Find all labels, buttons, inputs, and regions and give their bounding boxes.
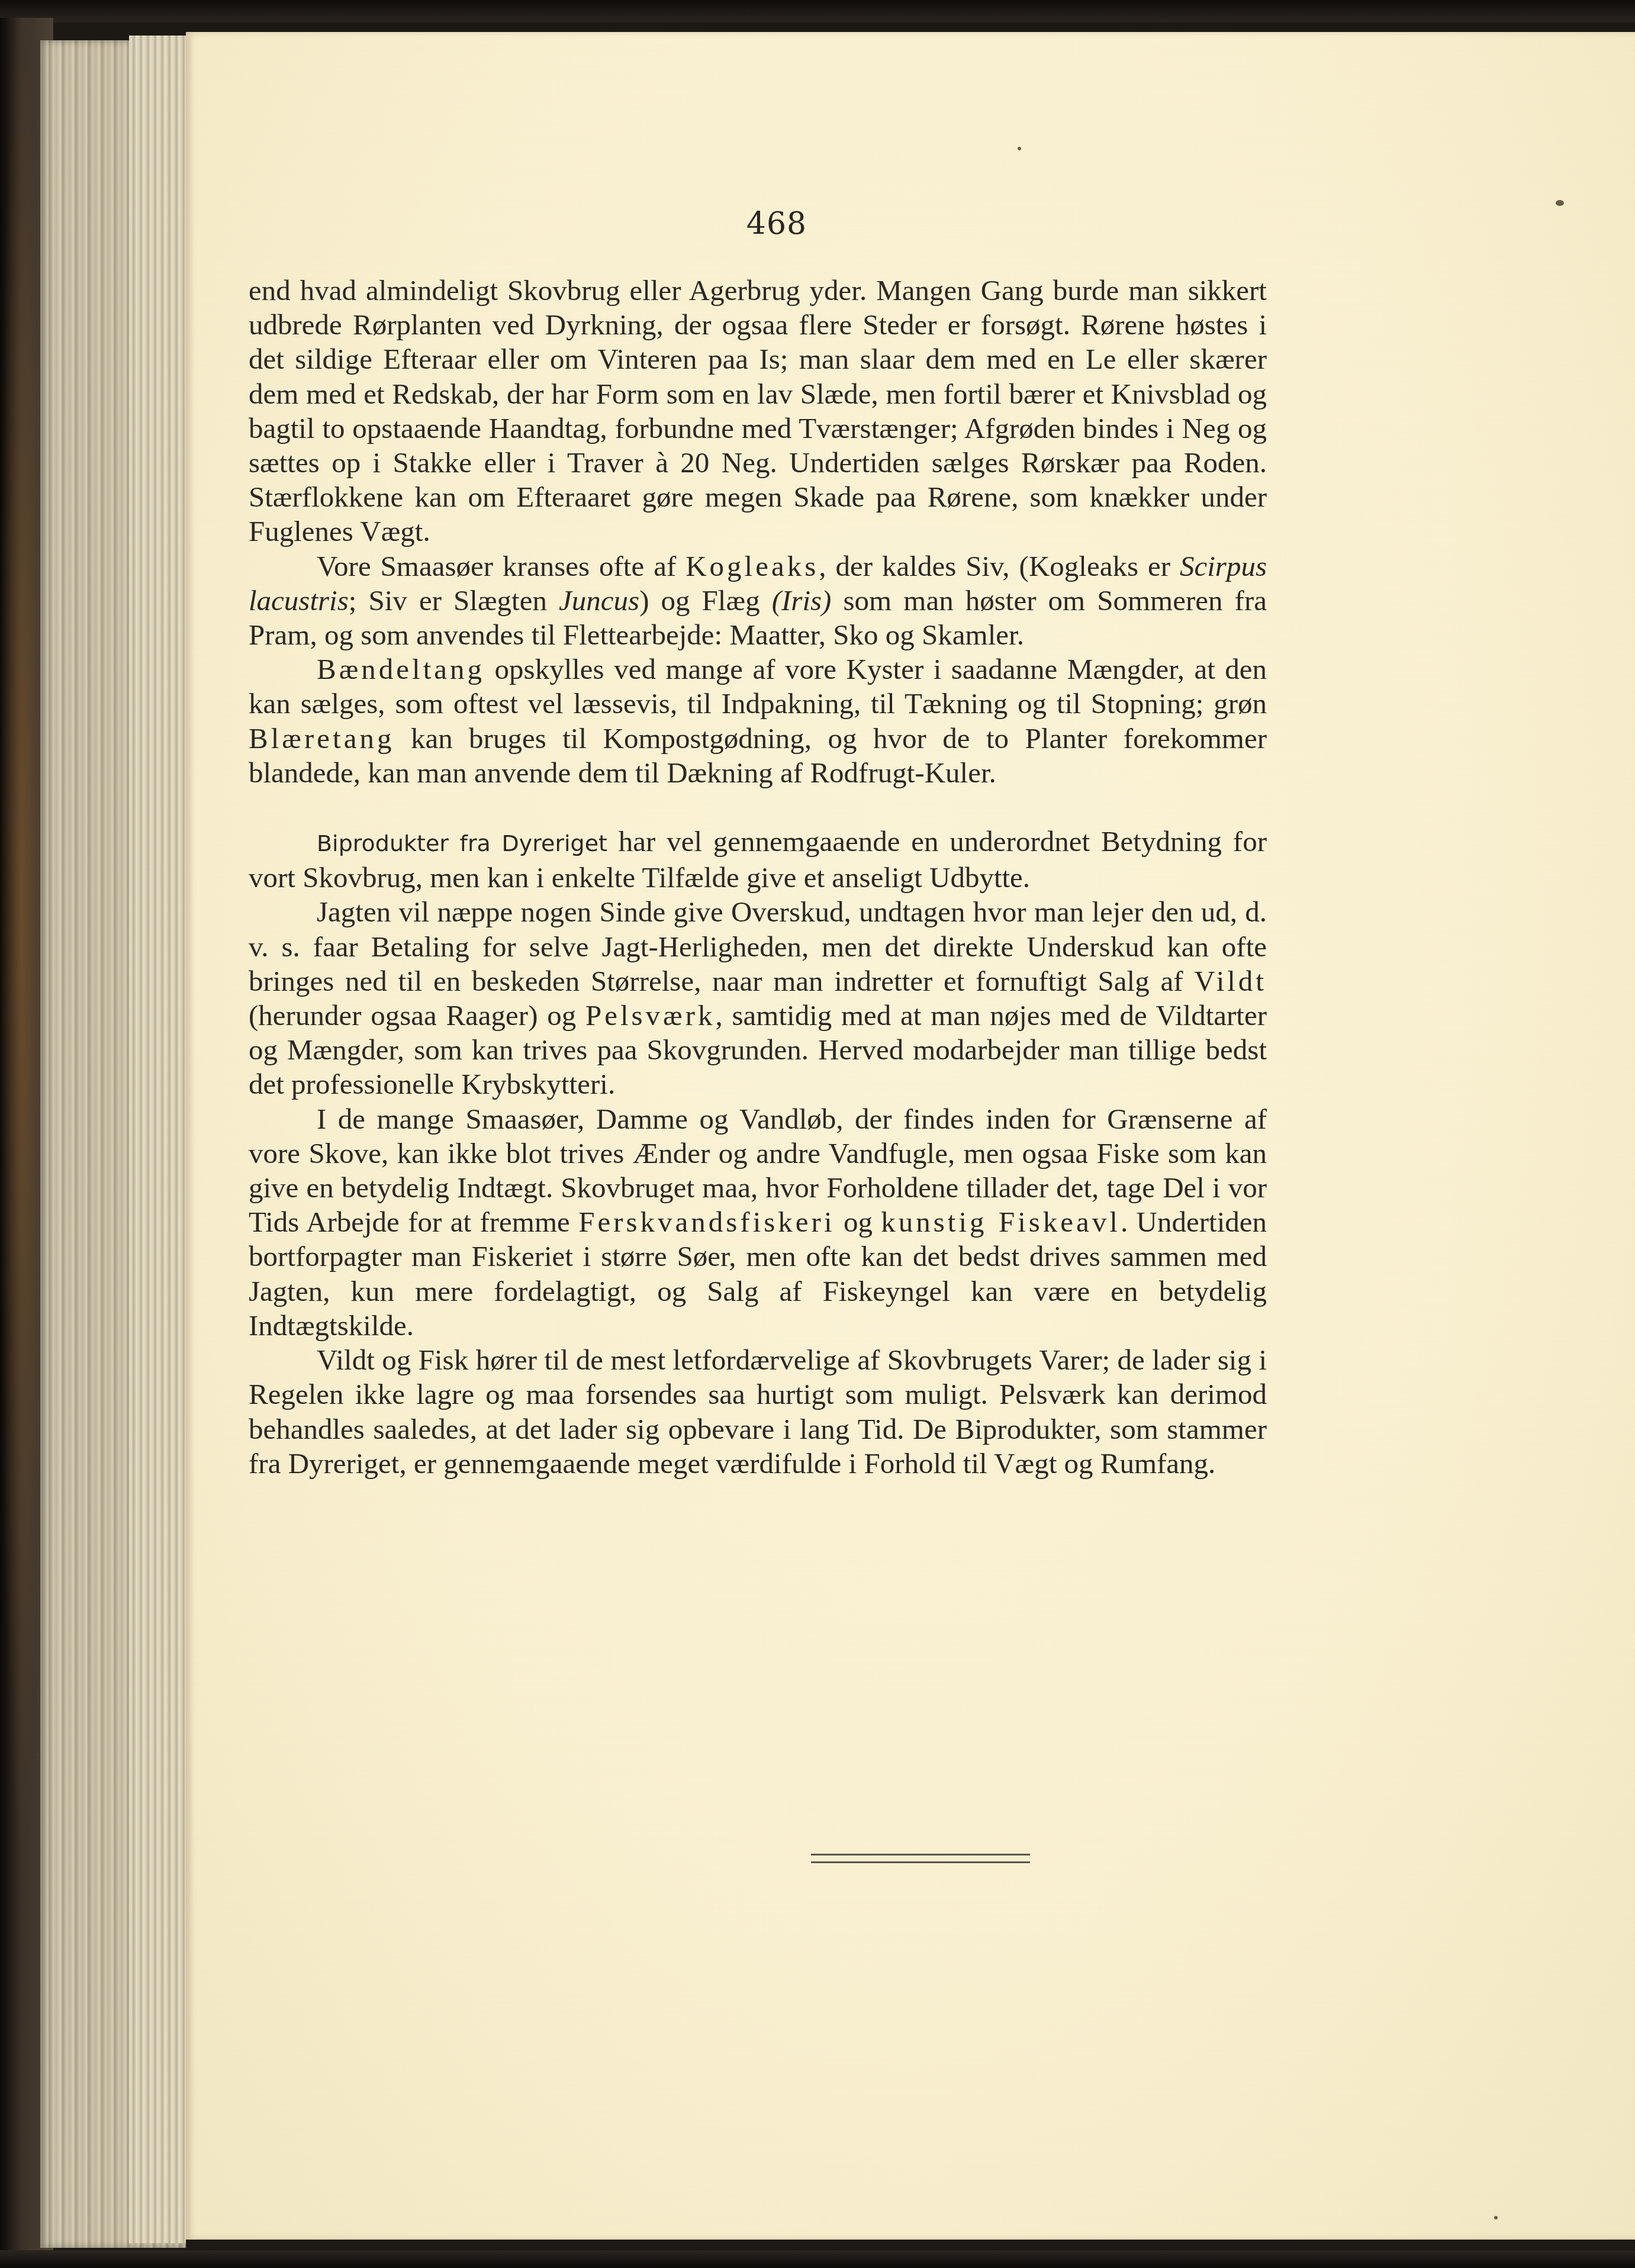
text-segment: end hvad almindeligt Skovbrug eller Ager… <box>249 274 1267 547</box>
page-number: 468 <box>729 206 824 241</box>
emphasized-term: Blæretang <box>249 722 394 755</box>
emphasized-term: Kogleaks <box>685 550 819 582</box>
paragraph-p7: Vildt og Fisk hører til de mest letfordæ… <box>249 1343 1267 1481</box>
text-segment: Vore Smaasøer kranses ofte af <box>317 550 685 582</box>
paragraph-p1: end hvad almindeligt Skovbrug eller Ager… <box>249 273 1267 549</box>
page-stack-front-edges <box>129 36 186 2243</box>
text-segment: ) og Flæg <box>639 584 772 617</box>
paper-speck <box>1018 147 1021 150</box>
text-segment: Vildt og Fisk hører til de mest letfordæ… <box>249 1344 1267 1480</box>
text-segment: Juncus <box>559 584 639 617</box>
body-text: end hvad almindeligt Skovbrug eller Ager… <box>249 273 1267 1481</box>
paragraph-p2: Vore Smaasøer kranses ofte af Kogleaks, … <box>249 549 1267 653</box>
scanner-background-top <box>0 0 1635 22</box>
paragraph-p6: I de mange Smaasøer, Damme og Vandløb, d… <box>249 1102 1267 1343</box>
paragraph-p3: Bændeltang opskylles ved mange af vore K… <box>249 652 1267 790</box>
emphasized-term: kunstig Fiskeavl <box>881 1206 1121 1238</box>
emphasized-term: Pelsværk <box>585 999 716 1032</box>
text-segment: og <box>835 1206 881 1238</box>
paragraph-p4: Biprodukter fra Dyreriget har vel gennem… <box>249 824 1267 895</box>
emphasized-term: Vildt <box>1194 965 1267 997</box>
book-scan: 468 end hvad almindeligt Skovbrug eller … <box>0 0 1635 2268</box>
text-segment: ; Siv er Slægten <box>349 584 559 617</box>
text-segment: Jagten vil næppe nogen Sinde give Oversk… <box>249 895 1267 997</box>
text-segment: (herunder ogsaa Raager) og <box>249 999 585 1032</box>
section-lead-heading: Biprodukter fra Dyreriget <box>317 830 607 856</box>
paper-speck <box>1494 2216 1498 2219</box>
emphasized-term: Bændeltang <box>317 653 485 685</box>
paragraph-p5: Jagten vil næppe nogen Sinde give Oversk… <box>249 895 1267 1101</box>
text-segment: (Iris) <box>772 584 832 617</box>
text-segment: , der kaldes Siv, (Kogleaks er <box>819 550 1180 582</box>
scanner-background-bottom <box>0 2250 1635 2268</box>
emphasized-term: Ferskvandsfiskeri <box>578 1206 835 1238</box>
paper-speck <box>1556 200 1564 206</box>
text-segment: kan bruges til Kompostgødning, og hvor d… <box>249 722 1267 789</box>
double-line-divider <box>811 1854 1030 1863</box>
